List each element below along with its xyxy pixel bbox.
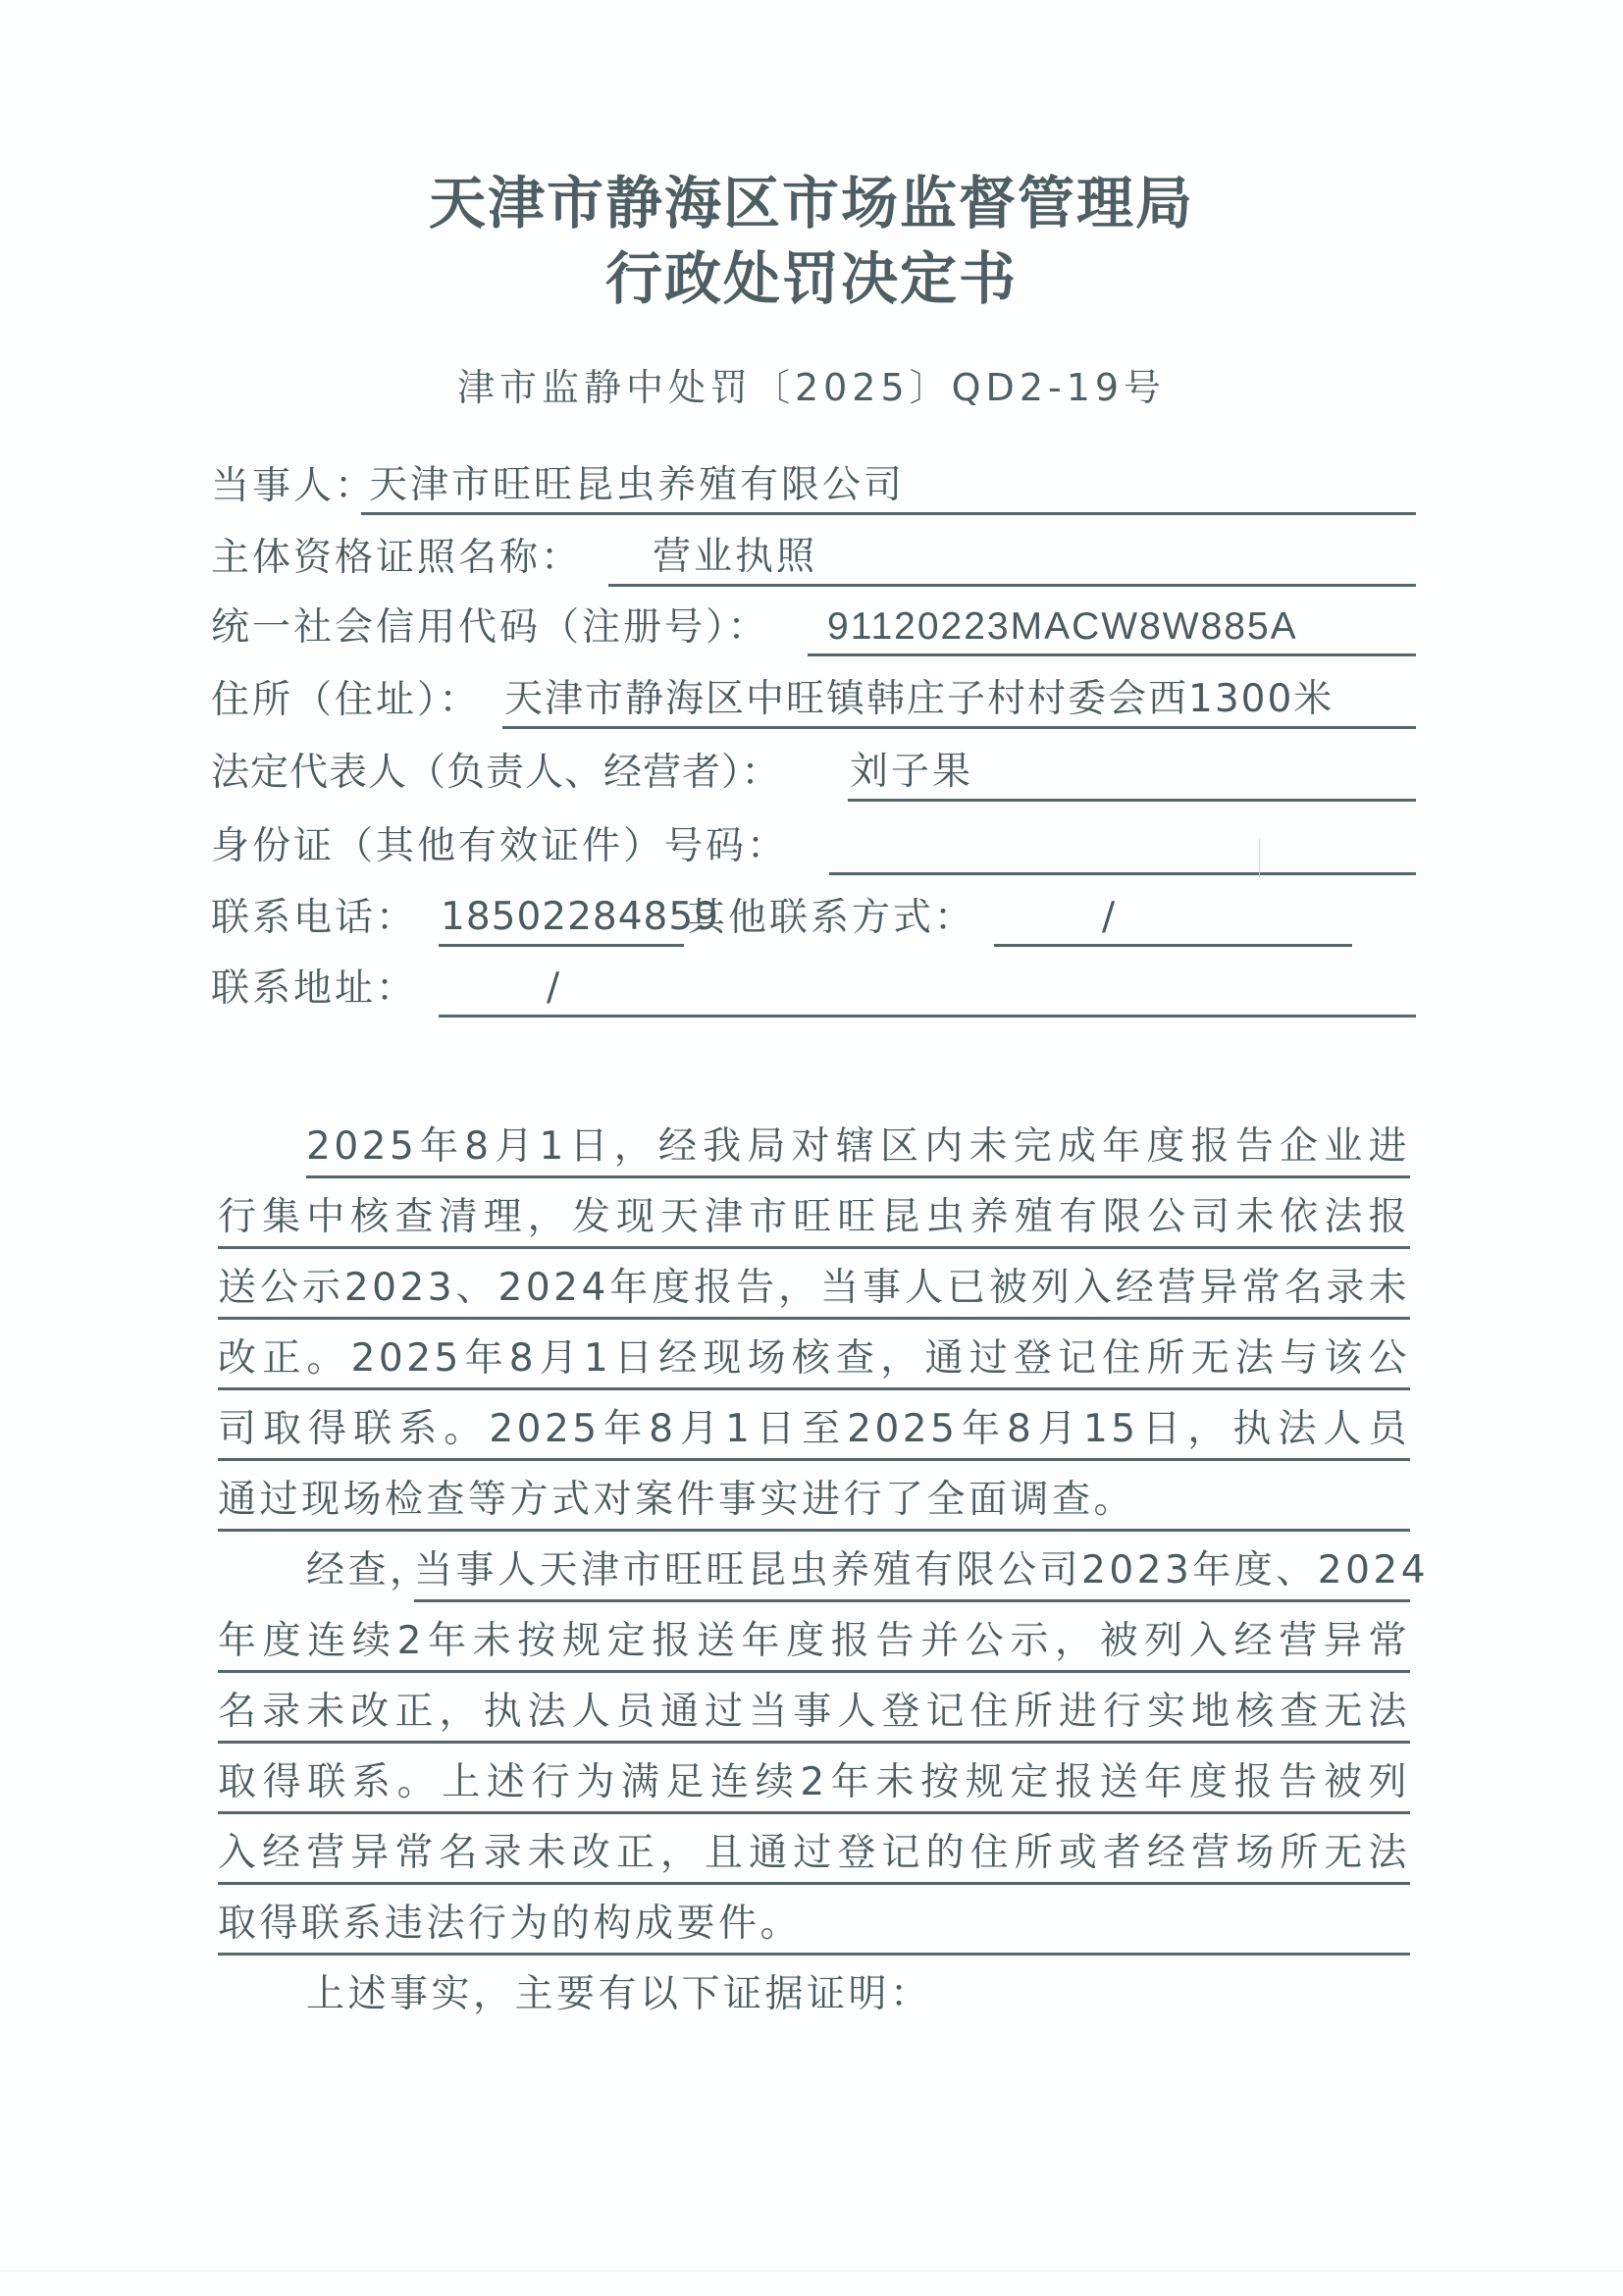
legal-rep-value: 刘子果: [848, 748, 973, 797]
credit-code-value-underline: 91120223MACW8W885A: [808, 602, 1416, 656]
party-value-underline: 天津市旺旺昆虫养殖有限公司: [361, 461, 1416, 515]
paragraph2-line: 取得联系。上述行为满足连续2年未按规定报送年度报告被列: [218, 1756, 1410, 1814]
paragraph2-prefix: 经查，: [306, 1544, 414, 1599]
contact-address-value-underline: /: [439, 964, 1416, 1018]
paragraph1-line: 行集中核查清理，发现天津市旺旺昆虫养殖有限公司未依法报: [218, 1191, 1410, 1249]
paragraph2-line: 年度连续2年未按规定报送年度报告并公示，被列入经营异常: [218, 1615, 1410, 1673]
license-value-underline: 营业执照: [608, 533, 1416, 587]
document-number: 津市监静中处罚〔2025〕QD2-19号: [0, 369, 1623, 406]
paragraph3: 上述事实，主要有以下证据证明：: [306, 1968, 1410, 2023]
paragraph1-line: 送公示2023、2024年度报告，当事人已被列入经营异常名录未: [218, 1262, 1410, 1320]
document-title-agency: 天津市静海区市场监督管理局: [0, 175, 1623, 232]
contact-address-field: 联系地址：: [211, 964, 417, 1015]
paragraph1-line: 2025年8月1日，经我局对辖区内未完成年度报告企业进: [306, 1121, 1410, 1178]
document-page: 天津市静海区市场监督管理局 行政处罚决定书 津市监静中处罚〔2025〕QD2-1…: [0, 0, 1623, 2296]
address-value-underline: 天津市静海区中旺镇韩庄子村村委会西1300米: [502, 675, 1416, 729]
legal-rep-field: 法定代表人（负责人、经营者）：: [211, 748, 781, 799]
other-contact-label: 其他联系方式：: [687, 893, 975, 944]
id-number-field: 身份证（其他有效证件）号码：: [211, 821, 788, 872]
party-field: 当事人：: [211, 461, 376, 512]
other-contact-field: 其他联系方式：: [687, 893, 975, 944]
paragraph1-line: 通过现场检查等方式对案件事实进行了全面调查。: [218, 1474, 1410, 1532]
license-field: 主体资格证照名称：: [211, 533, 582, 584]
paragraph2-line: 当事人天津市旺旺昆虫养殖有限公司2023年度、2024: [414, 1544, 1410, 1602]
address-label: 住所（住址）：: [211, 675, 481, 726]
phone-value-underline: 18502284859: [439, 893, 684, 947]
legal-rep-label: 法定代表人（负责人、经营者）：: [211, 748, 781, 799]
credit-code-label: 统一社会信用代码（注册号）：: [211, 602, 769, 653]
paragraph2-line: 名录未改正，执法人员通过当事人登记住所进行实地核查无法: [218, 1686, 1410, 1744]
legal-rep-value-underline: 刘子果: [848, 748, 1416, 802]
other-contact-value: /: [994, 893, 1118, 942]
credit-code-value: 91120223MACW8W885A: [808, 602, 1298, 652]
address-field: 住所（住址）：: [211, 675, 481, 726]
other-contact-value-underline: /: [994, 893, 1352, 947]
id-number-label: 身份证（其他有效证件）号码：: [211, 821, 788, 872]
document-title-type: 行政处罚决定书: [0, 250, 1623, 307]
phone-label: 联系电话：: [211, 893, 417, 944]
scan-artifact: [1259, 839, 1260, 878]
paragraph2-line: 取得联系违法行为的构成要件。: [218, 1898, 1410, 1956]
credit-code-field: 统一社会信用代码（注册号）：: [211, 602, 769, 653]
license-label: 主体资格证照名称：: [211, 533, 582, 584]
contact-address-value: /: [439, 964, 562, 1013]
id-number-value-underline: [829, 821, 1416, 875]
phone-field: 联系电话：: [211, 893, 417, 944]
address-value: 天津市静海区中旺镇韩庄子村村委会西1300米: [502, 675, 1334, 724]
scan-edge-line: [0, 2270, 1623, 2271]
license-value: 营业执照: [608, 533, 817, 582]
contact-address-label: 联系地址：: [211, 964, 417, 1015]
party-label: 当事人：: [211, 461, 376, 512]
paragraph2-line: 入经营异常名录未改正，且通过登记的住所或者经营场所无法: [218, 1827, 1410, 1885]
paragraph1-line: 司取得联系。2025年8月1日至2025年8月15日，执法人员: [218, 1403, 1410, 1461]
paragraph1-line: 改正。2025年8月1日经现场核查，通过登记住所无法与该公: [218, 1332, 1410, 1390]
party-value: 天津市旺旺昆虫养殖有限公司: [361, 461, 905, 510]
phone-value: 18502284859: [439, 893, 719, 942]
